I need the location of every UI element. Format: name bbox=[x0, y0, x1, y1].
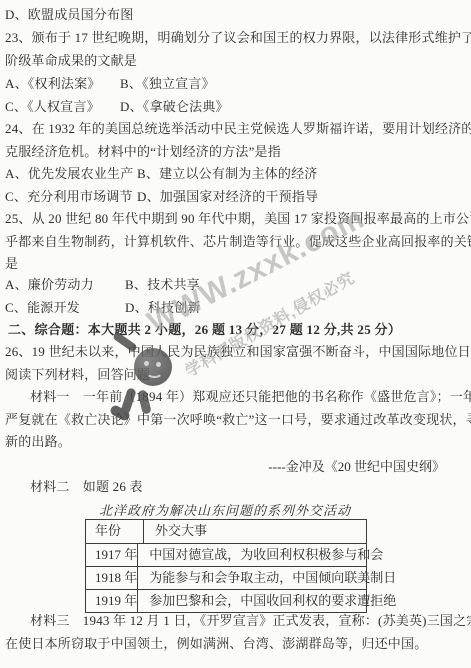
table-row: 1919 年 参加巴黎和会，中国收回利权的要求遭拒绝 bbox=[86, 589, 366, 612]
q23-option-c: C、《人权宣言》 bbox=[5, 99, 100, 114]
table-header-year: 年份 bbox=[86, 520, 144, 543]
q25-option-c: C、能源开发 bbox=[5, 300, 80, 315]
section2-heading: 二、综合题：本大题共 2 小题，26 题 13 分，27 题 12 分,共 25… bbox=[8, 322, 401, 337]
q23-option-b: B、《独立宣言》 bbox=[120, 76, 215, 91]
table-cell-event: 中国对德宣战，为收回利权积极参与和会 bbox=[138, 544, 383, 566]
mascot-eye bbox=[156, 362, 161, 367]
q25-option-d: D、科技创新 bbox=[125, 300, 201, 315]
q25-option-b: B、技术共享 bbox=[125, 277, 200, 292]
q24-option-a: A、优先发展农业生产 bbox=[5, 166, 133, 181]
q23-option-a: A、《权利法案》 bbox=[5, 76, 101, 91]
q24-options-row-ab: A、优先发展农业生产 B、建立以公有制为主体的经济 bbox=[5, 166, 133, 181]
table-cell-year: 1919 年 bbox=[86, 590, 138, 612]
q26-material1-line3: 新的出路。 bbox=[5, 434, 71, 449]
q26-intro-line2: 阅读下列材料，回答问题 bbox=[5, 367, 150, 382]
mascot-eye bbox=[144, 361, 149, 366]
q26-diplomacy-table: 年份 外交大事 1917 年 中国对德宣战，为收回利权积极参与和会 1918 年… bbox=[85, 519, 367, 613]
q24-stem-line1: 24、在 1932 年的美国总统选举活动中民主党候选人罗斯福许诺，要用计划经济的… bbox=[5, 121, 471, 136]
q23-stem-line1: 23、颁布于 17 世纪晚期，明确划分了议会和国王的权力界限，以法律形式维护了资… bbox=[5, 30, 471, 45]
q23-options-row-cd: C、《人权宣言》 D、《拿破仑法典》 bbox=[5, 99, 100, 114]
q25-stem-line3: 是 bbox=[5, 256, 18, 271]
q26-material2-label: 材料二 如题 26 表 bbox=[30, 479, 143, 494]
prev-question-option-d: D、欧盟成员国分布图 bbox=[5, 7, 133, 22]
table-row: 1918 年 为能参与和会争取主动，中国倾向联美制日 bbox=[86, 566, 366, 589]
table-cell-year: 1918 年 bbox=[86, 567, 138, 589]
q26-material1-line1: 材料一 一年前（1894 年）郑观应还只能把他的书名称作《盛世危言》；一年后， bbox=[30, 389, 471, 404]
q24-option-b: B、建立以公有制为主体的经济 bbox=[137, 166, 317, 181]
q25-stem-line1: 25、从 20 世纪 80 年代中期到 90 年代中期，美国 17 家投资回报率… bbox=[5, 211, 471, 226]
q23-stem-line2: 阶级革命成果的文献是 bbox=[5, 53, 137, 68]
q24-stem-line2: 克服经济危机。材料中的“计划经济的方法”是指 bbox=[5, 144, 281, 159]
q26-material3-line1: 材料三 1943 年 12 月 1 日，《开罗宣言》正式发表，宣称：(苏美英)三… bbox=[30, 613, 471, 628]
table-header-event: 外交大事 bbox=[144, 520, 366, 543]
table-cell-event: 为能参与和会争取主动，中国倾向联美制日 bbox=[138, 567, 396, 589]
table-cell-year: 1917 年 bbox=[86, 544, 138, 566]
q26-material3-line2: 在使日本所窃取于中国领土，例如满洲、台湾、澎湖群岛等，归还中国。 bbox=[5, 636, 427, 651]
q24-options-row-cd: C、充分利用市场调节 D、加强国家对经济的干预指导 bbox=[5, 189, 133, 204]
q25-option-a: A、廉价劳动力 bbox=[5, 277, 94, 292]
q26-table-title: 北洋政府为解决山东问题的系列外交活动 bbox=[85, 500, 365, 519]
q25-options-row-cd: C、能源开发 D、科技创新 bbox=[5, 300, 80, 315]
table-row: 1917 年 中国对德宣战，为收回利权积极参与和会 bbox=[86, 543, 366, 566]
q26-material1-source: ----金冲及《20 世纪中国史纲》 bbox=[5, 456, 445, 475]
q26-intro-line1: 26、19 世纪未以来，中国人民为民族独立和国家富强不断奋斗，中国国际地位日益提… bbox=[5, 344, 471, 359]
q24-option-c: C、充分利用市场调节 bbox=[5, 189, 133, 204]
q24-option-d: D、加强国家对经济的干预指导 bbox=[137, 189, 318, 204]
q25-stem-line2: 乎都来自生物制药，计算机软件、芯片制造等行业。促成这些企业高回报率的关键因素 bbox=[5, 234, 471, 249]
q26-material1-line2: 严复就在《救亡决论》中第一次呼唤“救亡”这一口号，要求通过改革改变现状，寻求 bbox=[5, 412, 471, 427]
q23-options-row-ab: A、《权利法案》 B、《独立宣言》 bbox=[5, 76, 101, 91]
exam-paper-scan: D、欧盟成员国分布图 23、颁布于 17 世纪晚期，明确划分了议会和国王的权力界… bbox=[0, 0, 471, 668]
q25-options-row-ab: A、廉价劳动力 B、技术共享 bbox=[5, 277, 94, 292]
table-header-row: 年份 外交大事 bbox=[86, 520, 366, 543]
table-cell-event: 参加巴黎和会，中国收回利权的要求遭拒绝 bbox=[138, 590, 396, 612]
q23-option-d: D、《拿破仑法典》 bbox=[120, 99, 229, 114]
